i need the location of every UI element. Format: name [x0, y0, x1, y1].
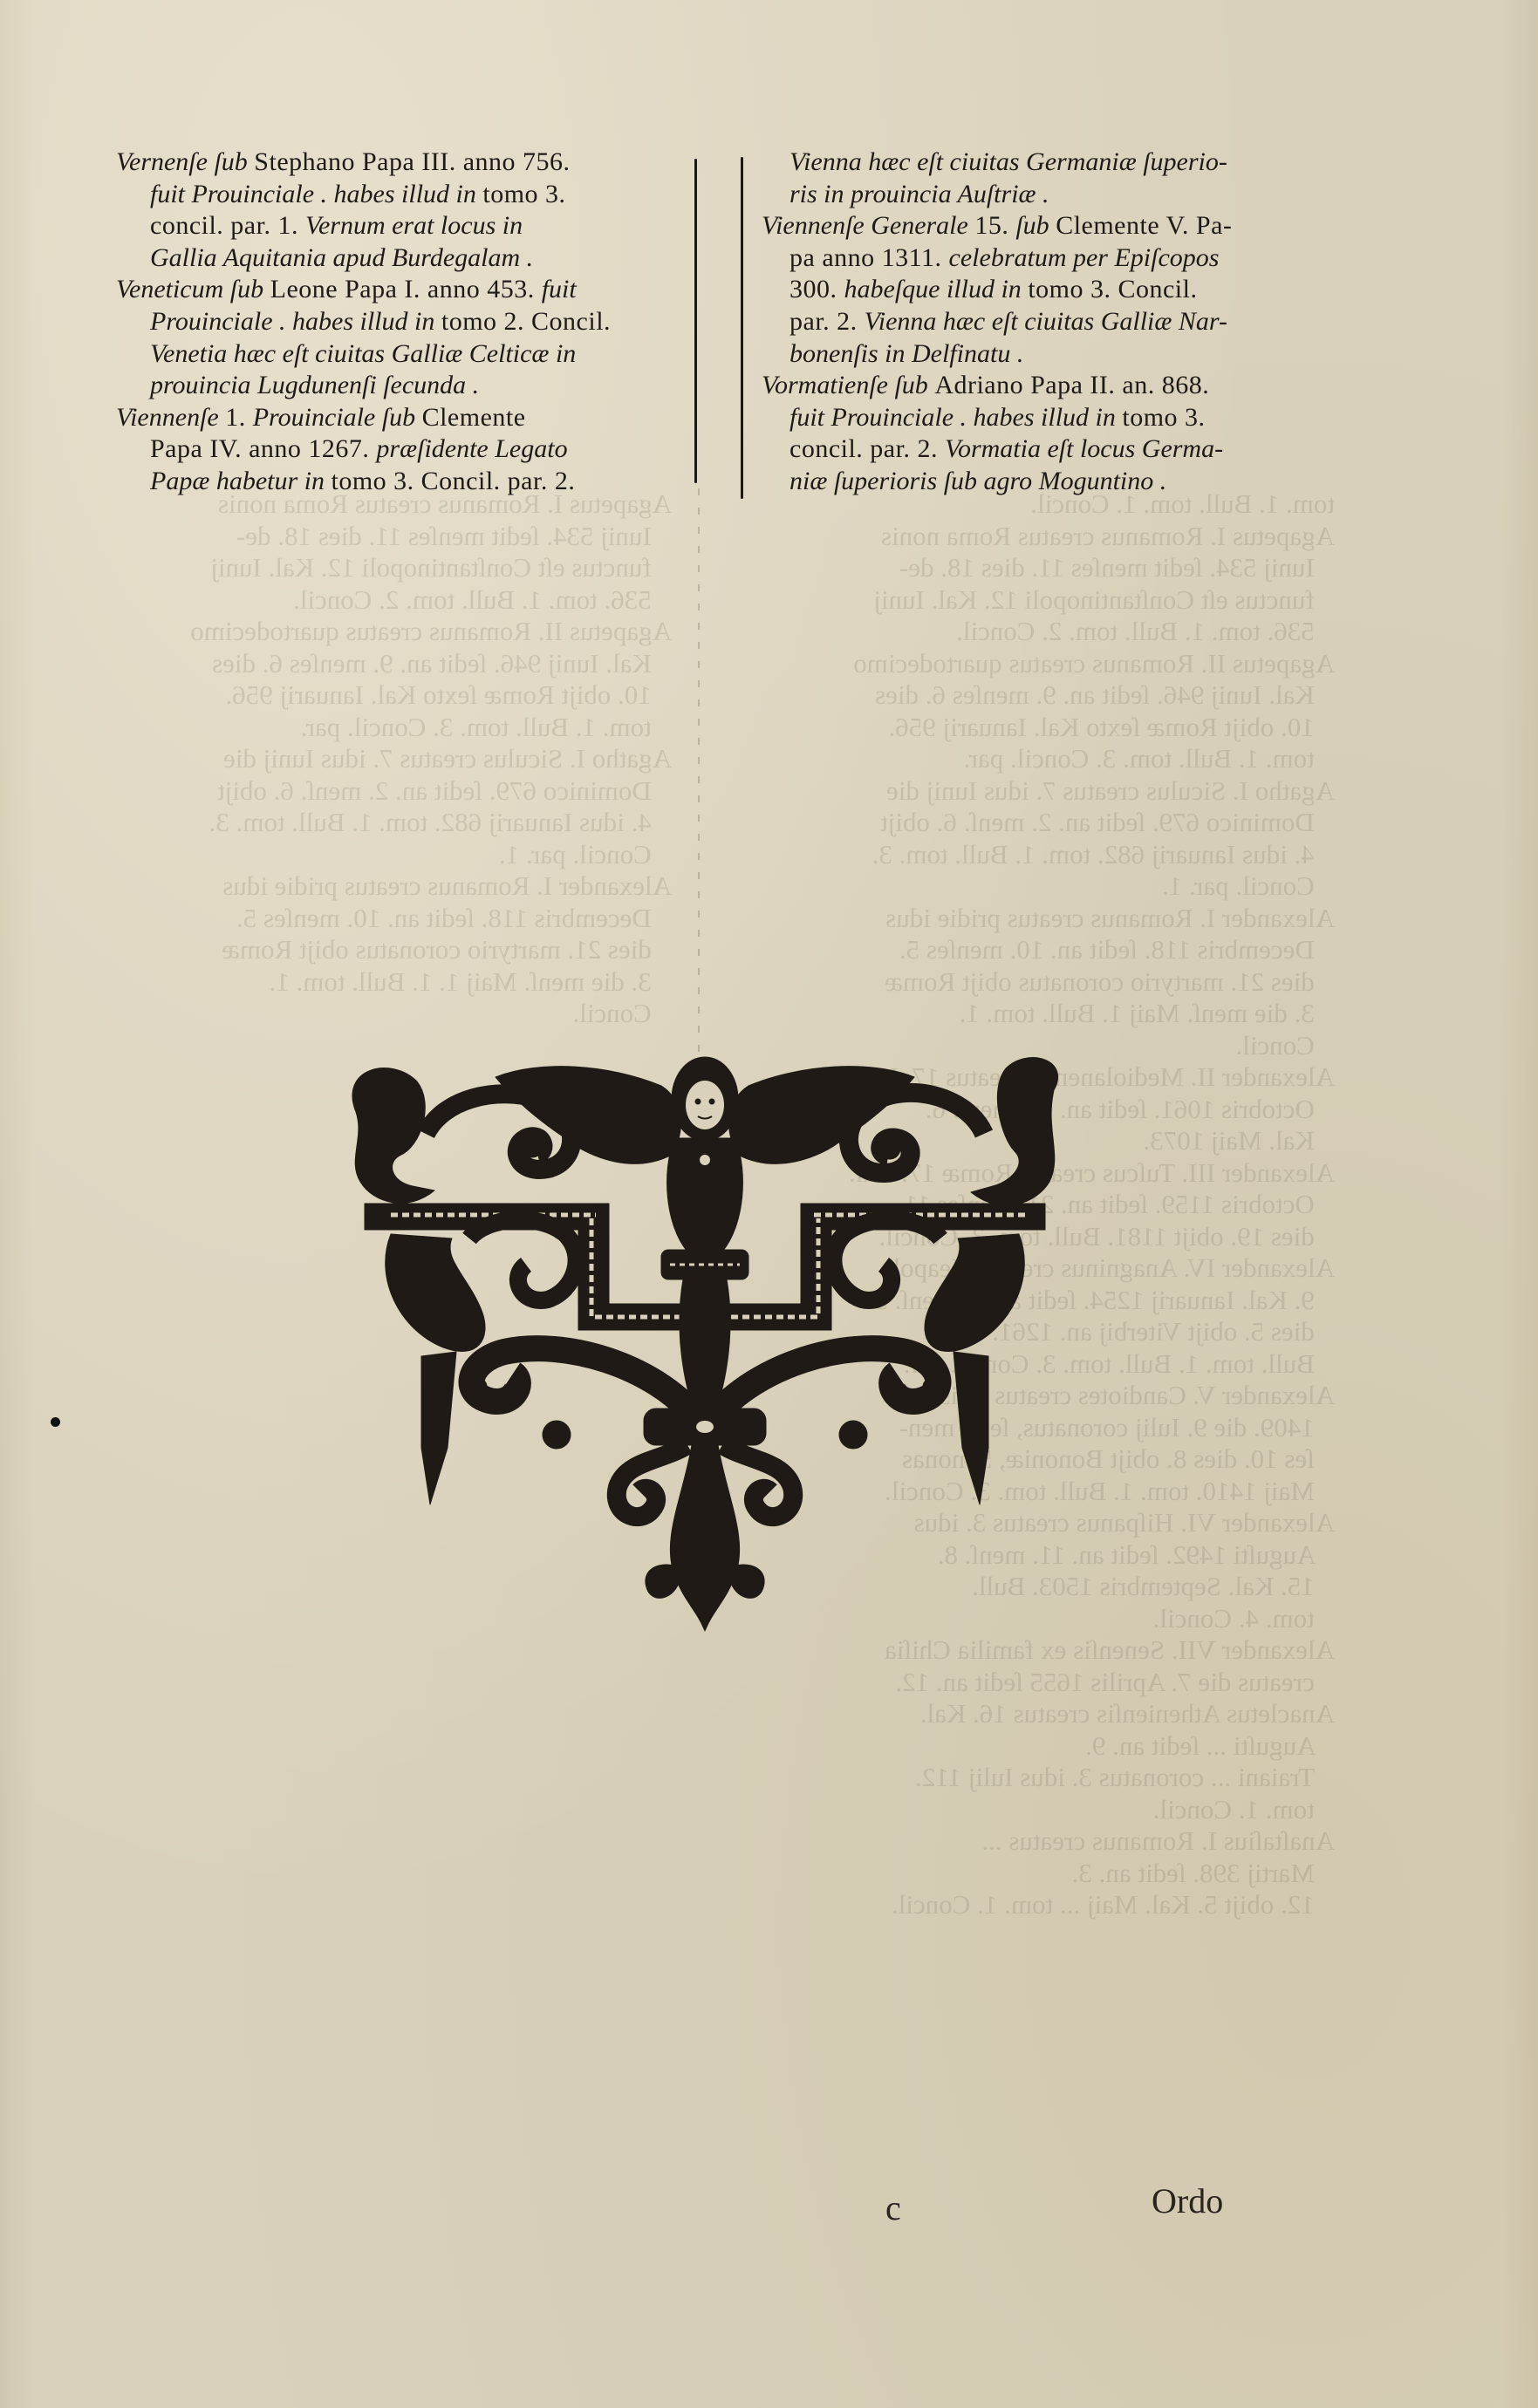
italic-text: fuit Prouinciale . habes illud in: [790, 403, 1122, 432]
italic-text: Vernenſe ſub: [116, 147, 254, 176]
ink-speck: [51, 1417, 60, 1427]
text-line-continuation: fuit Prouinciale . habes illud in tomo 3…: [762, 402, 1329, 434]
italic-text: Prouinciale . habes illud in: [150, 307, 441, 336]
roman-text: Clemente V. Pa-: [1056, 211, 1232, 240]
roman-text: pa anno 1311.: [790, 243, 949, 272]
right-column-rule: [741, 157, 743, 499]
text-line-continuation: 300. habeſque illud in tomo 3. Concil.: [762, 274, 1329, 306]
text-line-continuation: Gallia Aquitania apud Burdegalam .: [116, 242, 683, 275]
text-line-continuation: Vienna hæc eſt ciuitas Germaniæ ſuperio-: [762, 147, 1329, 179]
text-line-continuation: ris in prouincia Auſtriæ .: [762, 179, 1329, 211]
roman-text: Leone Papa I. anno 453.: [270, 275, 542, 304]
roman-text: Clemente: [422, 403, 526, 432]
roman-text: tomo 2. Concil.: [441, 307, 611, 336]
italic-text: Viennenſe Generale: [762, 211, 974, 240]
text-line-continuation: pa anno 1311. celebratum per Epiſcopos: [762, 242, 1329, 275]
text-line-entry: Vernenſe ſub Stephano Papa III. anno 756…: [116, 147, 683, 179]
text-line-continuation: fuit Prouinciale . habes illud in tomo 3…: [116, 179, 683, 211]
italic-text: Vernum erat locus in: [305, 211, 523, 240]
italic-text: Veneticum ſub: [116, 275, 270, 304]
text-line-continuation: Papæ habetur in tomo 3. Concil. par. 2.: [116, 466, 683, 498]
italic-text: fuit: [542, 275, 577, 304]
roman-text: 300.: [790, 275, 844, 304]
roman-text: Stephano Papa III. anno 756.: [254, 147, 570, 176]
roman-text: tomo 3.: [1122, 403, 1205, 432]
right-column: Vienna hæc eſt ciuitas Germaniæ ſuperio-…: [762, 147, 1329, 498]
roman-text: Papa IV. anno 1267.: [150, 434, 376, 463]
text-line-continuation: concil. par. 1. Vernum erat locus in: [116, 210, 683, 242]
italic-text: Viennenſe: [116, 403, 225, 432]
show-through-texture-left: Agapetus I. Romanus creatus Roma nonis I…: [113, 488, 672, 1030]
roman-text: tomo 3. Concil.: [1028, 275, 1197, 304]
italic-text: ſub: [1015, 211, 1056, 240]
italic-text: Vormatia eſt locus Germa-: [945, 434, 1223, 463]
signature-mark: c: [885, 2187, 901, 2228]
text-line-entry: Vormatienſe ſub Adriano Papa II. an. 868…: [762, 370, 1329, 402]
italic-text: habeſque illud in: [844, 275, 1029, 304]
text-line-continuation: Papa IV. anno 1267. præſidente Legato: [116, 433, 683, 466]
roman-text: tomo 3. Concil. par. 2.: [332, 467, 576, 495]
roman-text: tomo 3.: [482, 180, 565, 208]
roman-text: concil. par. 1.: [150, 211, 305, 240]
catchword: Ordo: [1152, 2180, 1223, 2221]
italic-text: Venetia hæc eſt ciuitas Galliæ Celticæ i…: [150, 339, 576, 368]
roman-text: Adriano Papa II. an. 868.: [934, 371, 1209, 399]
text-line-entry: Viennenſe 1. Prouinciale ſub Clemente: [116, 402, 683, 434]
italic-text: ris in prouincia Auſtriæ .: [790, 180, 1049, 208]
text-line-entry: Viennenſe Generale 15. ſub Clemente V. P…: [762, 210, 1329, 242]
text-line-continuation: bonenſis in Delfinatu .: [762, 338, 1329, 371]
italic-text: prouincia Lugdunenſi ſecunda .: [150, 371, 479, 399]
text-line-continuation: Prouinciale . habes illud in tomo 2. Con…: [116, 306, 683, 338]
italic-text: Prouinciale ſub: [253, 403, 422, 432]
left-column: Vernenſe ſub Stephano Papa III. anno 756…: [116, 147, 683, 498]
text-line-continuation: par. 2. Vienna hæc eſt ciuitas Galliæ Na…: [762, 306, 1329, 338]
left-column-rule: [694, 159, 697, 483]
roman-text: 15.: [974, 211, 1015, 240]
italic-text: celebratum per Epiſcopos: [949, 243, 1220, 272]
woodcut-tailpiece-ornament-icon: [338, 1051, 1071, 1635]
italic-text: bonenſis in Delfinatu .: [790, 339, 1023, 368]
text-line-continuation: prouincia Lugdunenſi ſecunda .: [116, 370, 683, 402]
text-line-continuation: concil. par. 2. Vormatia eſt locus Germa…: [762, 433, 1329, 466]
italic-text: fuit Prouinciale . habes illud in: [150, 180, 482, 208]
italic-text: Papæ habetur in: [150, 467, 332, 495]
text-line-continuation: Venetia hæc eſt ciuitas Galliæ Celticæ i…: [116, 338, 683, 371]
italic-text: Gallia Aquitania apud Burdegalam .: [150, 243, 533, 272]
italic-text: præſidente Legato: [376, 434, 567, 463]
book-page: Agapetus I. Romanus creatus Roma nonis I…: [0, 0, 1538, 2408]
roman-text: par. 2.: [790, 307, 865, 336]
text-line-entry: Veneticum ſub Leone Papa I. anno 453. fu…: [116, 274, 683, 306]
roman-text: concil. par. 2.: [790, 434, 945, 463]
italic-text: Vienna hæc eſt ciuitas Germaniæ ſuperio-: [790, 147, 1227, 176]
italic-text: Vormatienſe ſub: [762, 371, 934, 399]
italic-text: niæ ſuperioris ſub agro Moguntino .: [790, 467, 1166, 495]
italic-text: Vienna hæc eſt ciuitas Galliæ Nar-: [865, 307, 1227, 336]
roman-text: 1.: [225, 403, 253, 432]
text-line-continuation: niæ ſuperioris ſub agro Moguntino .: [762, 466, 1329, 498]
